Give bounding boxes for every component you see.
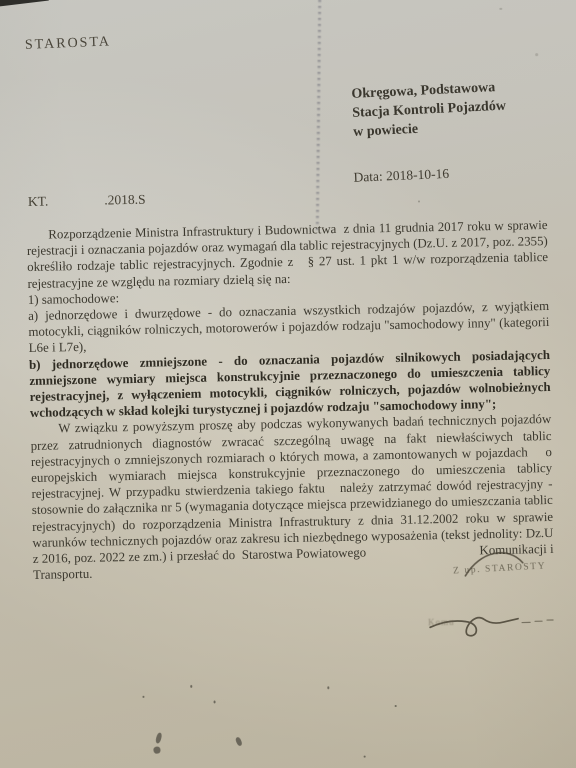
ink-speck xyxy=(364,756,366,758)
pen-arc-stroke xyxy=(460,546,571,582)
signature-area: Komu xyxy=(422,600,576,647)
ink-speck xyxy=(190,685,192,688)
reference-number: KT..2018.S xyxy=(28,192,146,210)
ink-speck xyxy=(418,200,420,202)
ink-speck xyxy=(155,732,163,744)
ink-speck xyxy=(395,705,397,707)
deputy-starosta-stamp: Z up. STAROSTY xyxy=(453,561,547,576)
ink-speck xyxy=(499,8,502,10)
ink-speck xyxy=(214,700,216,703)
ink-speck xyxy=(142,696,144,698)
ink-speck xyxy=(535,53,538,56)
sender-label: STAROSTA xyxy=(25,34,112,53)
letter-page: STAROSTA Okręgowa, Podstawowa Stacja Kon… xyxy=(0,0,576,768)
body-bold-clause: b) jednorzędowe zmniejszone - do oznacza… xyxy=(29,348,554,421)
body-intro-paragraph: Rozporządzenie Ministra Infrastruktury i… xyxy=(26,218,552,355)
ink-speck xyxy=(235,736,243,746)
scanned-letter-photo: STAROSTA Okręgowa, Podstawowa Stacja Kon… xyxy=(0,0,576,768)
letter-body: Rozporządzenie Ministra Infrastruktury i… xyxy=(26,217,554,583)
ink-speck xyxy=(327,686,329,689)
reference-blank-gap xyxy=(48,205,104,206)
ink-speck xyxy=(153,746,161,754)
recipient-block: Okręgowa, Podstawowa Stacja Kontroli Poj… xyxy=(351,78,507,142)
reference-suffix: .2018.S xyxy=(104,192,146,208)
date-line: Data: 2018-10-16 xyxy=(353,166,449,186)
reference-prefix: KT. xyxy=(28,194,49,209)
signature-faint-text: Komu xyxy=(428,617,455,628)
